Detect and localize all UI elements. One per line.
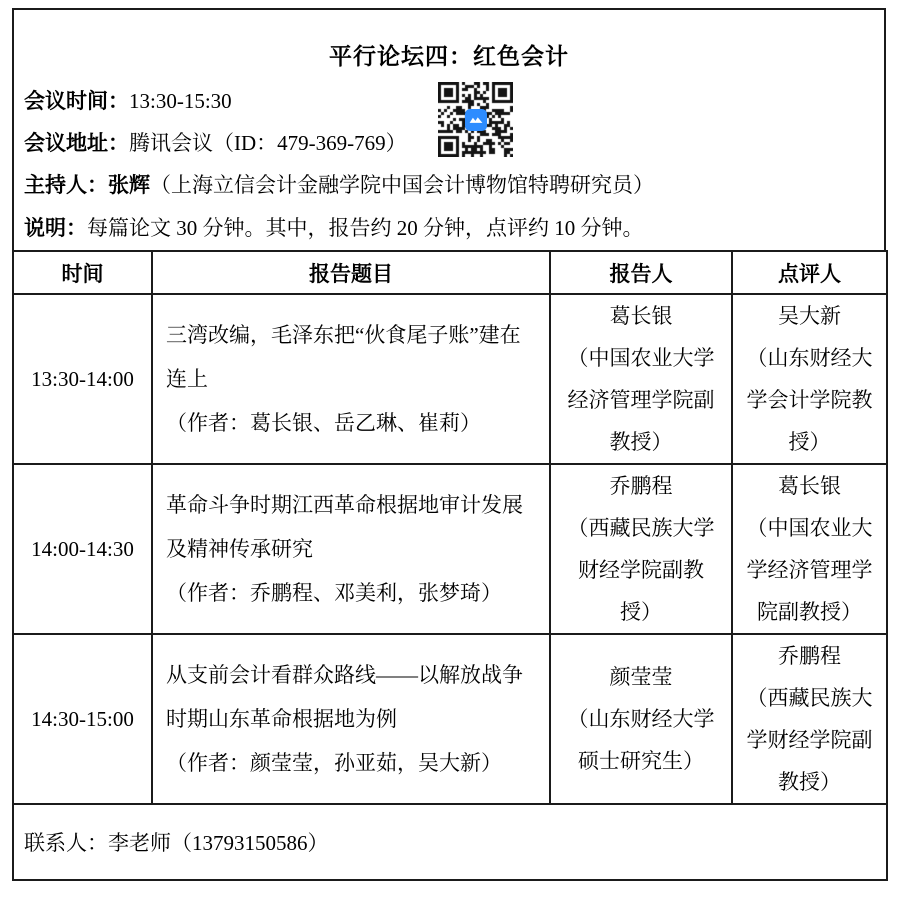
cell-line: 革命斗争时期江西革命根据地审计发展	[166, 483, 541, 527]
host-label: 主持人：张辉	[24, 173, 150, 197]
table-row: 14:30-15:00从支前会计看群众路线——以解放战争时期山东革命根据地为例（…	[13, 634, 887, 804]
qr-code	[438, 82, 513, 157]
cell-line: 授）	[551, 591, 731, 633]
cell-line: 财经学院副教	[551, 549, 731, 591]
cell-line: 三湾改编，毛泽东把“伙食尾子账”建在	[166, 313, 541, 357]
time-cell: 13:30-14:00	[13, 294, 152, 464]
contact-footer: 联系人：李老师（13793150586）	[13, 804, 887, 880]
cell-line: 教授）	[551, 421, 731, 463]
cell-line: 连上	[166, 357, 541, 401]
reporter-cell: 葛长银（中国农业大学经济管理学院副教授）	[550, 294, 732, 464]
table-header-row: 时间 报告题目 报告人 点评人	[13, 251, 887, 294]
col-header-reporter: 报告人	[550, 251, 732, 294]
col-header-time: 时间	[13, 251, 152, 294]
table-row: 13:30-14:00三湾改编，毛泽东把“伙食尾子账”建在连上（作者：葛长银、岳…	[13, 294, 887, 464]
document-sheet: 平行论坛四：红色会计 会议时间：13:30-15:30 会议地址：腾讯会议（ID…	[12, 8, 886, 883]
reviewer-cell: 葛长银（中国农业大学经济管理学院副教授）	[732, 464, 887, 634]
time-cell: 14:00-14:30	[13, 464, 152, 634]
cell-line: 经济管理学院副	[551, 379, 731, 421]
cell-line: （西藏民族大	[733, 677, 886, 719]
note-line: 说明：每篇论文 30 分钟。其中，报告约 20 分钟，点评约 10 分钟。	[24, 217, 644, 239]
cell-line: 学财经学院副	[733, 719, 886, 761]
time-cell: 14:30-15:00	[13, 634, 152, 804]
paper-title-cell: 革命斗争时期江西革命根据地审计发展及精神传承研究（作者：乔鹏程、邓美利，张梦琦）	[152, 464, 550, 634]
cell-line: 及精神传承研究	[166, 527, 541, 571]
paper-title-cell: 从支前会计看群众路线——以解放战争时期山东革命根据地为例（作者：颜莹莹，孙亚茹，…	[152, 634, 550, 804]
reporter-cell: 颜莹莹（山东财经大学硕士研究生）	[550, 634, 732, 804]
col-header-title: 报告题目	[152, 251, 550, 294]
cell-line: （作者：颜莹莹，孙亚茹，吴大新）	[166, 741, 541, 785]
forum-title: 平行论坛四：红色会计	[14, 38, 884, 71]
cell-line: 学经济管理学	[733, 549, 886, 591]
cell-line: （中国农业大	[733, 507, 886, 549]
cell-line: 颜莹莹	[551, 656, 731, 698]
cell-line: （作者：葛长银、岳乙琳、崔莉）	[166, 401, 541, 445]
cell-line: 葛长银	[551, 295, 731, 337]
meeting-address-line: 会议地址：腾讯会议（ID：479-369-769）	[24, 132, 407, 154]
meeting-time-value: 13:30-15:30	[129, 89, 232, 113]
cell-line: 时期山东革命根据地为例	[166, 697, 541, 741]
cell-line: （中国农业大学	[551, 337, 731, 379]
note-label: 说明：	[24, 216, 87, 240]
meeting-address-label: 会议地址：	[24, 131, 129, 155]
reporter-cell: 乔鹏程（西藏民族大学财经学院副教授）	[550, 464, 732, 634]
reviewer-cell: 乔鹏程（西藏民族大学财经学院副教授）	[732, 634, 887, 804]
cell-line: 院副教授）	[733, 591, 886, 633]
cell-line: 学会计学院教	[733, 379, 886, 421]
cell-line: 葛长银	[733, 465, 886, 507]
host-line: 主持人：张辉（上海立信会计金融学院中国会计博物馆特聘研究员）	[24, 174, 654, 196]
cell-line: 教授）	[733, 761, 886, 803]
col-header-reviewer: 点评人	[732, 251, 887, 294]
table-row: 14:00-14:30革命斗争时期江西革命根据地审计发展及精神传承研究（作者：乔…	[13, 464, 887, 634]
cell-line: （作者：乔鹏程、邓美利，张梦琦）	[166, 571, 541, 615]
schedule-table-body: 13:30-14:00三湾改编，毛泽东把“伙食尾子账”建在连上（作者：葛长银、岳…	[13, 294, 887, 804]
footer-row: 联系人：李老师（13793150586）	[13, 804, 887, 880]
meeting-time-line: 会议时间：13:30-15:30	[24, 90, 232, 112]
document-header: 平行论坛四：红色会计 会议时间：13:30-15:30 会议地址：腾讯会议（ID…	[12, 8, 886, 252]
host-value: （上海立信会计金融学院中国会计博物馆特聘研究员）	[150, 173, 654, 197]
note-value: 每篇论文 30 分钟。其中，报告约 20 分钟，点评约 10 分钟。	[87, 216, 644, 240]
cell-line: 硕士研究生）	[551, 740, 731, 782]
cell-line: （西藏民族大学	[551, 507, 731, 549]
tencent-meeting-icon	[465, 109, 487, 131]
meeting-address-value: 腾讯会议（ID：479-369-769）	[129, 131, 407, 155]
cell-line: 授）	[733, 421, 886, 463]
cell-line: 从支前会计看群众路线——以解放战争	[166, 653, 541, 697]
schedule-table: 时间 报告题目 报告人 点评人 13:30-14:00三湾改编，毛泽东把“伙食尾…	[12, 250, 888, 881]
meeting-time-label: 会议时间：	[24, 89, 129, 113]
cell-line: 乔鹏程	[733, 635, 886, 677]
cell-line: （山东财经大学	[551, 698, 731, 740]
cell-line: 吴大新	[733, 295, 886, 337]
paper-title-cell: 三湾改编，毛泽东把“伙食尾子账”建在连上（作者：葛长银、岳乙琳、崔莉）	[152, 294, 550, 464]
reviewer-cell: 吴大新（山东财经大学会计学院教授）	[732, 294, 887, 464]
cell-line: 乔鹏程	[551, 465, 731, 507]
cell-line: （山东财经大	[733, 337, 886, 379]
